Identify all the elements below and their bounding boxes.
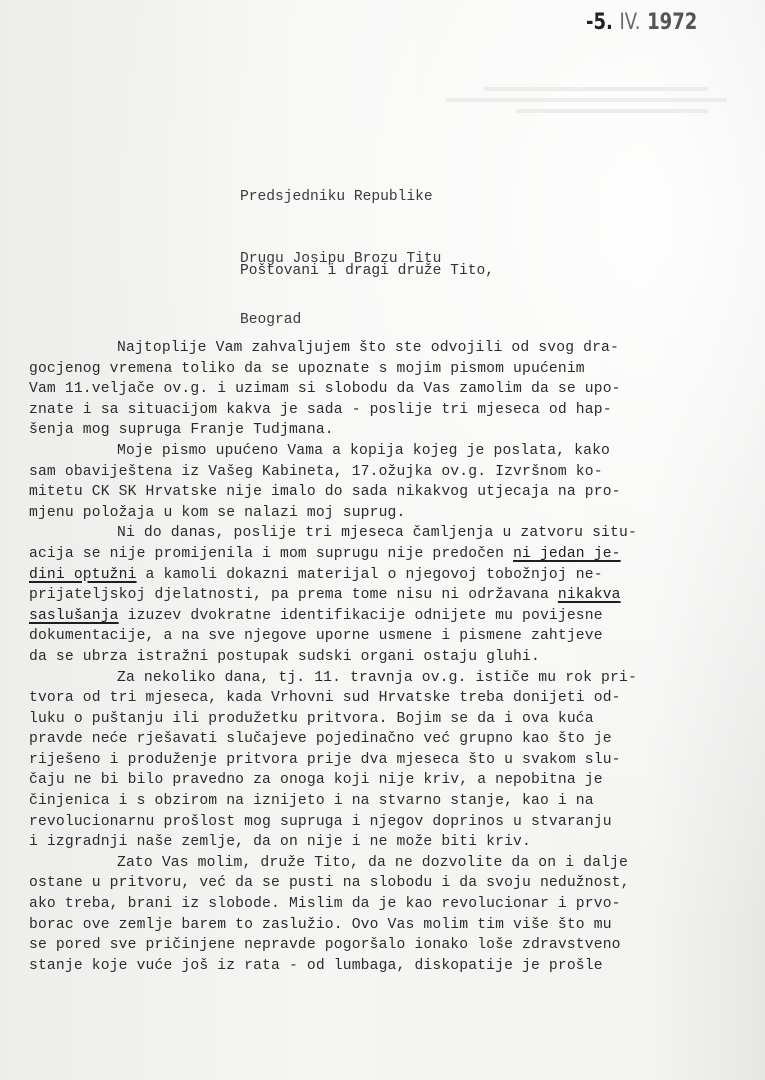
line-text: tvora od tri mjeseca, kada Vrhovni sud H… xyxy=(29,690,621,706)
line-text: dokumentacije, a na sve njegove uporne u… xyxy=(29,628,603,644)
body-line: dokumentacije, a na sve njegove uporne u… xyxy=(29,626,759,647)
body-line: sam obaviještena iz Vašeg Kabineta, 17.o… xyxy=(29,462,759,483)
line-text: se pored sve pričinjene nepravde pogorša… xyxy=(29,937,621,953)
line-text: riješeno i produženje pritvora prije dva… xyxy=(29,752,621,768)
paragraph-first-line: Zato Vas molim, druže Tito, da ne dozvol… xyxy=(29,853,759,874)
line-text: acija se nije promijenila i mom suprugu … xyxy=(29,546,513,562)
body-line: tvora od tri mjeseca, kada Vrhovni sud H… xyxy=(29,688,759,709)
address-line: Beograd xyxy=(240,310,441,331)
line-text: Najtoplije Vam zahvaljujem što ste odvoj… xyxy=(117,340,619,356)
body-line: mjenu položaja u kom se nalazi moj supru… xyxy=(29,503,759,524)
date-stamp-month: IV. xyxy=(619,10,640,35)
underlined-text: dini optužni xyxy=(29,567,137,583)
body-line: ostane u pritvoru, već da se pusti na sl… xyxy=(29,873,759,894)
body-line: da se ubrza istražni postupak sudski org… xyxy=(29,647,759,668)
address-line: Predsjedniku Republike xyxy=(240,187,441,208)
bleed-through-text xyxy=(420,80,740,130)
line-text: sam obaviještena iz Vašeg Kabineta, 17.o… xyxy=(29,464,603,480)
line-text: činjenica i s obzirom na iznijeto i na s… xyxy=(29,793,594,809)
line-text: gocjenog vremena toliko da se upoznate s… xyxy=(29,361,585,377)
underlined-text: ni jedan je- xyxy=(513,546,621,562)
line-text: a kamoli dokazni materijal o njegovoj to… xyxy=(137,567,603,583)
line-text: i izgradnji naše zemlje, da on nije i ne… xyxy=(29,834,531,850)
paragraph-first-line: Najtoplije Vam zahvaljujem što ste odvoj… xyxy=(29,338,759,359)
line-text: mjenu položaja u kom se nalazi moj supru… xyxy=(29,505,406,521)
underlined-text: saslušanja xyxy=(29,608,119,624)
body-line: Vam 11.veljače ov.g. i uzimam si slobodu… xyxy=(29,379,759,400)
line-text: revolucionarnu prošlost mog supruga i nj… xyxy=(29,814,612,830)
body-line: saslušanja izuzev dvokratne identifikaci… xyxy=(29,606,759,627)
body-line: i izgradnji naše zemlje, da on nije i ne… xyxy=(29,832,759,853)
line-text: stanje koje vuće još iz rata - od lumbag… xyxy=(29,958,603,974)
salutation: Poštovani i dragi druže Tito, xyxy=(240,263,494,279)
body-line: prijateljskoj djelatnosti, pa prema tome… xyxy=(29,585,759,606)
letter-body: Najtoplije Vam zahvaljujem što ste odvoj… xyxy=(29,338,759,976)
body-line: pravde neće rješavati slučajeve pojedina… xyxy=(29,729,759,750)
line-text: Ni do danas, poslije tri mjeseca čamljen… xyxy=(117,525,637,541)
body-line: mitetu CK SK Hrvatske nije imalo do sada… xyxy=(29,482,759,503)
body-line: borac ove zemlje barem to zaslužio. Ovo … xyxy=(29,915,759,936)
paragraph-first-line: Za nekoliko dana, tj. 11. travnja ov.g. … xyxy=(29,668,759,689)
body-line: činjenica i s obzirom na iznijeto i na s… xyxy=(29,791,759,812)
line-text: prijateljskoj djelatnosti, pa prema tome… xyxy=(29,587,558,603)
body-line: šenja mog supruga Franje Tudjmana. xyxy=(29,420,759,441)
letter-page: -5.IV.1972 Predsjedniku Republike Drugu … xyxy=(0,0,765,1080)
date-stamp-year: 1972 xyxy=(647,10,697,35)
body-line: luku o puštanju ili produžetku pritvora.… xyxy=(29,709,759,730)
body-line: gocjenog vremena toliko da se upoznate s… xyxy=(29,359,759,380)
line-text: Za nekoliko dana, tj. 11. travnja ov.g. … xyxy=(117,670,637,686)
line-text: čaju ne bi bilo pravedno za onoga koji n… xyxy=(29,772,603,788)
line-text: borac ove zemlje barem to zaslužio. Ovo … xyxy=(29,917,612,933)
line-text: Vam 11.veljače ov.g. i uzimam si slobodu… xyxy=(29,381,621,397)
paragraph-first-line: Ni do danas, poslije tri mjeseca čamljen… xyxy=(29,523,759,544)
line-text: ostane u pritvoru, već da se pusti na sl… xyxy=(29,875,630,891)
date-stamp-day: -5. xyxy=(586,10,613,35)
body-line: čaju ne bi bilo pravedno za onoga koji n… xyxy=(29,770,759,791)
body-line: ako treba, brani iz slobode. Mislim da j… xyxy=(29,894,759,915)
body-line: riješeno i produženje pritvora prije dva… xyxy=(29,750,759,771)
body-line: acija se nije promijenila i mom suprugu … xyxy=(29,544,759,565)
line-text: luku o puštanju ili produžetku pritvora.… xyxy=(29,711,594,727)
underlined-text: nikakva xyxy=(558,587,621,603)
body-line: dini optužni a kamoli dokazni materijal … xyxy=(29,565,759,586)
body-line: revolucionarnu prošlost mog supruga i nj… xyxy=(29,812,759,833)
line-text: izuzev dvokratne identifikacije odnijete… xyxy=(119,608,603,624)
date-stamp: -5.IV.1972 xyxy=(586,10,697,35)
body-line: se pored sve pričinjene nepravde pogorša… xyxy=(29,935,759,956)
line-text: Moje pismo upućeno Vama a kopija kojeg j… xyxy=(117,443,610,459)
line-text: znate i sa situacijom kakva je sada - po… xyxy=(29,402,612,418)
paragraph-first-line: Moje pismo upućeno Vama a kopija kojeg j… xyxy=(29,441,759,462)
line-text: Zato Vas molim, druže Tito, da ne dozvol… xyxy=(117,855,628,871)
line-text: mitetu CK SK Hrvatske nije imalo do sada… xyxy=(29,484,621,500)
line-text: da se ubrza istražni postupak sudski org… xyxy=(29,649,540,665)
body-line: znate i sa situacijom kakva je sada - po… xyxy=(29,400,759,421)
line-text: pravde neće rješavati slučajeve pojedina… xyxy=(29,731,612,747)
line-text: ako treba, brani iz slobode. Mislim da j… xyxy=(29,896,621,912)
line-text: šenja mog supruga Franje Tudjmana. xyxy=(29,422,334,438)
body-line: stanje koje vuće još iz rata - od lumbag… xyxy=(29,956,759,977)
